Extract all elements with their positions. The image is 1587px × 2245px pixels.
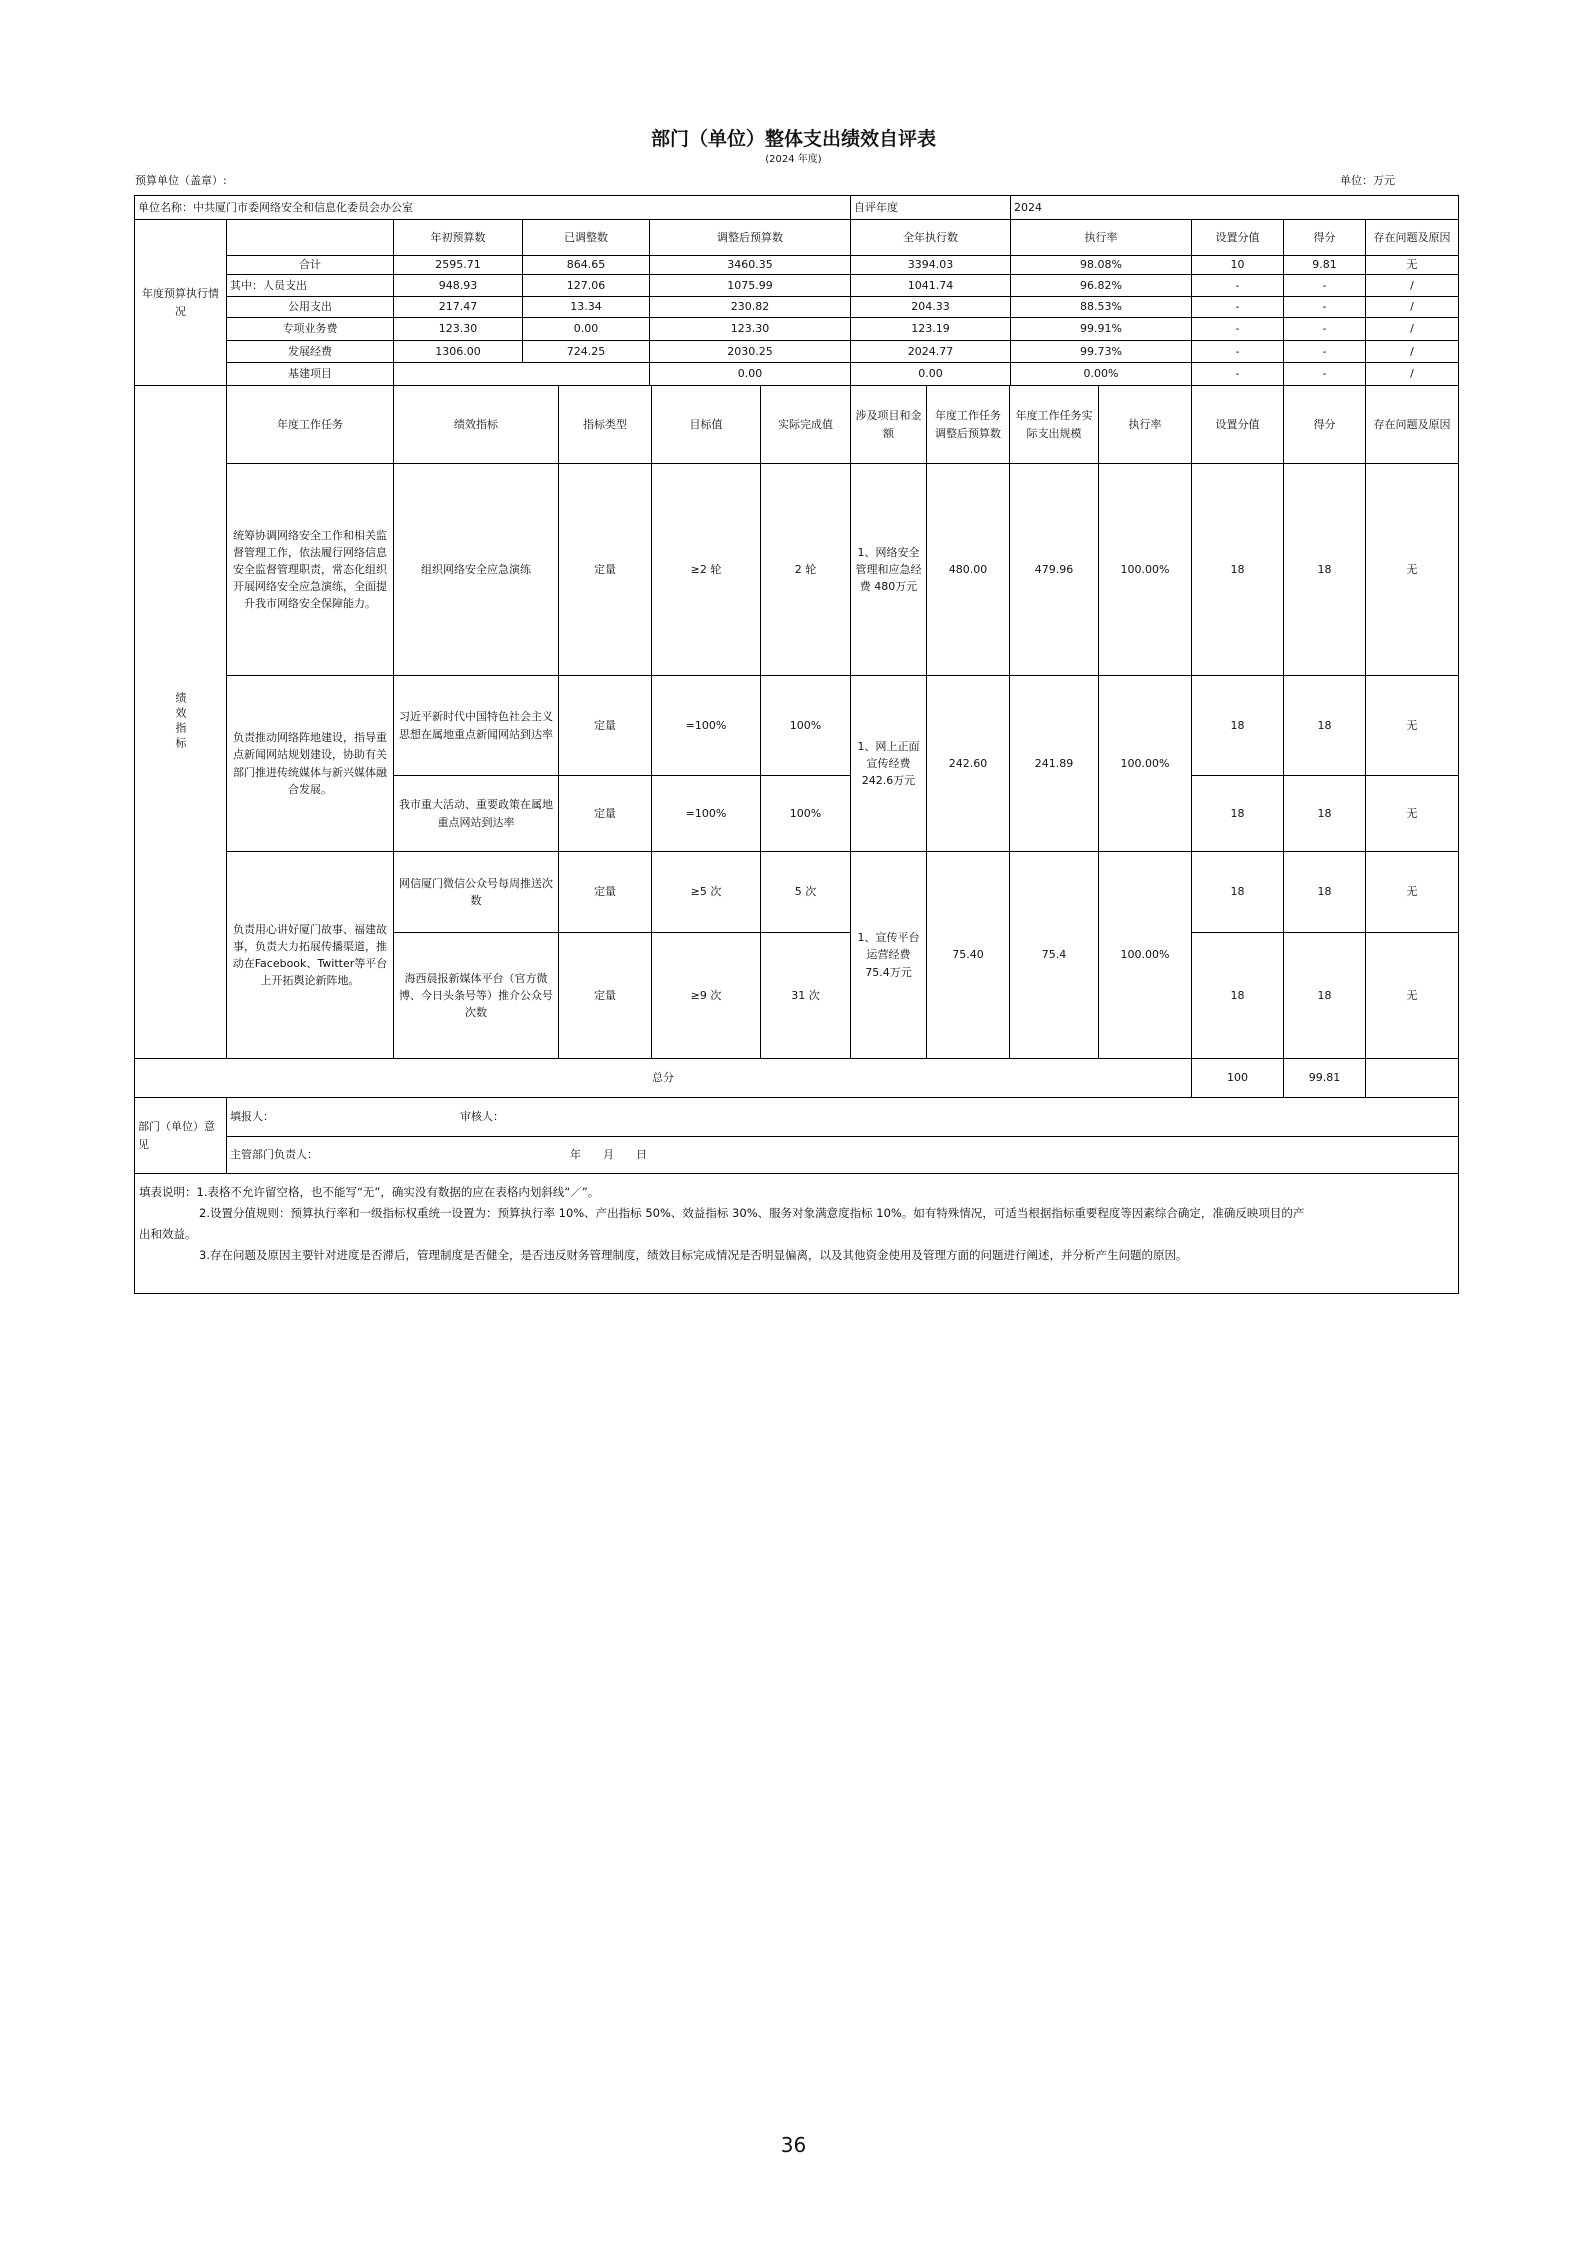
budget-cell: 948.93	[393, 274, 523, 297]
performance-header-8: 执行率	[1098, 385, 1192, 464]
task-rate: 100.00%	[1098, 463, 1192, 676]
budget-cell: 13.34	[522, 296, 650, 318]
budget-cell: 1041.74	[850, 274, 1011, 297]
indicator-actual: 31 次	[760, 932, 851, 1059]
budget-cell: 204.33	[850, 296, 1011, 318]
budget-cell: -	[1283, 274, 1366, 297]
indicator-issue: 无	[1365, 463, 1459, 676]
performance-header-1: 绩效指标	[393, 385, 559, 464]
budget-cell: 123.30	[649, 317, 851, 341]
task-description: 统筹协调网络安全工作和相关监督管理工作，依法履行网络信息安全监督管理职责，常态化…	[226, 463, 394, 676]
indicator-type: 定量	[558, 932, 652, 1059]
indicator-issue: 无	[1365, 932, 1459, 1059]
budget-unit-label: 预算单位（盖章）:	[135, 172, 227, 188]
head-label: 主管部门负责人：	[230, 1146, 570, 1163]
task-budget: 480.00	[926, 463, 1010, 676]
budget-cell: 96.82%	[1010, 274, 1192, 297]
indicator-name: 组织网络安全应急演练	[393, 463, 559, 676]
indicator-actual: 5 次	[760, 851, 851, 933]
performance-header-3: 目标值	[651, 385, 761, 464]
budget-cell: 0.00	[850, 362, 1011, 386]
performance-header-11: 存在问题及原因	[1365, 385, 1459, 464]
budget-cell	[393, 362, 650, 386]
indicator-score-set: 18	[1191, 775, 1284, 852]
budget-cell: 98.08%	[1010, 255, 1192, 275]
indicator-type: 定量	[558, 851, 652, 933]
budget-header-7: 存在问题及原因	[1365, 219, 1459, 256]
indicator-score: 18	[1283, 932, 1366, 1059]
opinion-head: 主管部门负责人：年 月 日	[226, 1136, 1459, 1174]
indicator-actual: 2 轮	[760, 463, 851, 676]
date-label: 年 月 日	[570, 1146, 647, 1163]
budget-row-label: 公用支出	[226, 296, 394, 318]
indicator-target: ≥5 次	[651, 851, 761, 933]
budget-cell: /	[1365, 362, 1459, 386]
budget-cell: 724.25	[522, 340, 650, 363]
page-subtitle: (2024 年度)	[0, 150, 1587, 165]
budget-row-label: 专项业务费	[226, 317, 394, 341]
performance-header-6: 年度工作任务调整后预算数	[926, 385, 1010, 464]
indicator-score-set: 18	[1191, 675, 1284, 776]
budget-cell: -	[1283, 362, 1366, 386]
indicator-score: 18	[1283, 463, 1366, 676]
indicator-issue: 无	[1365, 775, 1459, 852]
performance-header-7: 年度工作任务实际支出规模	[1009, 385, 1099, 464]
budget-row-label: 基建项目	[226, 362, 394, 386]
unit-label: 单位：万元	[1340, 172, 1395, 188]
task-spent: 479.96	[1009, 463, 1099, 676]
budget-row-label: 发展经费	[226, 340, 394, 363]
indicator-score: 18	[1283, 851, 1366, 933]
note-2: 2.设置分值规则：预算执行率和一级指标权重统一设置为：预算执行率 10%、产出指…	[139, 1203, 1454, 1224]
performance-header-5: 涉及项目和金额	[850, 385, 927, 464]
budget-cell: /	[1365, 274, 1459, 297]
budget-header-0: 年初预算数	[393, 219, 523, 256]
indicator-type: 定量	[558, 463, 652, 676]
indicator-type: 定量	[558, 775, 652, 852]
task-rate: 100.00%	[1098, 851, 1192, 1059]
budget-cell: /	[1365, 296, 1459, 318]
indicator-target: ≥9 次	[651, 932, 761, 1059]
task-budget: 242.60	[926, 675, 1010, 852]
budget-cell: 3394.03	[850, 255, 1011, 275]
task-budget: 75.40	[926, 851, 1010, 1059]
budget-section-label: 年度预算执行情况	[134, 219, 227, 386]
budget-cell: 无	[1365, 255, 1459, 275]
budget-header-5: 设置分值	[1191, 219, 1284, 256]
indicator-name: 习近平新时代中国特色社会主义思想在属地重点新闻网站到达率	[393, 675, 559, 776]
budget-header-2: 调整后预算数	[649, 219, 851, 256]
indicator-score: 18	[1283, 675, 1366, 776]
unit-name: 单位名称：中共厦门市委网络安全和信息化委员会办公室	[134, 195, 851, 220]
budget-cell: 864.65	[522, 255, 650, 275]
page-title: 部门（单位）整体支出绩效自评表	[0, 124, 1587, 151]
budget-cell: -	[1283, 317, 1366, 341]
performance-header-4: 实际完成值	[760, 385, 851, 464]
indicator-target: =100%	[651, 675, 761, 776]
task-description: 负责用心讲好厦门故事、福建故事，负责大力拓展传播渠道，推动在Facebook、T…	[226, 851, 394, 1059]
budget-cell: -	[1283, 296, 1366, 318]
budget-cell: 99.73%	[1010, 340, 1192, 363]
page-number: 36	[0, 2133, 1587, 2157]
budget-cell: 99.91%	[1010, 317, 1192, 341]
indicator-score-set: 18	[1191, 463, 1284, 676]
indicator-name: 我市重大活动、重要政策在属地重点网站到达率	[393, 775, 559, 852]
budget-row-label: 合计	[226, 255, 394, 275]
task-project: 1、网络安全管理和应急经费 480万元	[850, 463, 927, 676]
budget-cell: 9.81	[1283, 255, 1366, 275]
total-label: 总分	[134, 1058, 1192, 1098]
opinion-label: 部门（单位）意见	[134, 1097, 227, 1174]
indicator-target: =100%	[651, 775, 761, 852]
notes: 填表说明：1.表格不允许留空格，也不能写“无”，确实没有数据的应在表格内划斜线“…	[134, 1173, 1459, 1294]
indicator-issue: 无	[1365, 851, 1459, 933]
year-value: 2024	[1010, 195, 1459, 220]
task-project: 1、宣传平台运营经费 75.4万元	[850, 851, 927, 1059]
note-3: 3.存在问题及原因主要针对进度是否滞后，管理制度是否健全，是否违反财务管理制度，…	[139, 1245, 1454, 1266]
budget-header-4: 执行率	[1010, 219, 1192, 256]
indicator-score-set: 18	[1191, 932, 1284, 1059]
note-2-cont: 出和效益。	[139, 1224, 1454, 1245]
total-score-set: 100	[1191, 1058, 1284, 1098]
budget-header-6: 得分	[1283, 219, 1366, 256]
budget-cell: 230.82	[649, 296, 851, 318]
indicator-score: 18	[1283, 775, 1366, 852]
budget-cell: 0.00	[522, 317, 650, 341]
budget-cell: -	[1191, 340, 1284, 363]
budget-cell: /	[1365, 317, 1459, 341]
task-description: 负责推动网络阵地建设，指导重点新闻网站规划建设，协助有关部门推进传统媒体与新兴媒…	[226, 675, 394, 852]
indicator-actual: 100%	[760, 675, 851, 776]
budget-cell: 2024.77	[850, 340, 1011, 363]
budget-cell: 0.00	[649, 362, 851, 386]
budget-row-label: 其中：人员支出	[226, 274, 394, 297]
performance-section-label: 绩效指标	[134, 385, 227, 1059]
budget-cell: 127.06	[522, 274, 650, 297]
performance-header-0: 年度工作任务	[226, 385, 394, 464]
task-rate: 100.00%	[1098, 675, 1192, 852]
filler-label: 填报人：	[230, 1108, 460, 1125]
budget-header-blank	[226, 219, 394, 256]
budget-cell: 123.19	[850, 317, 1011, 341]
task-project: 1、网上正面宣传经费 242.6万元	[850, 675, 927, 852]
budget-cell: 2030.25	[649, 340, 851, 363]
note-1: 填表说明：1.表格不允许留空格，也不能写“无”，确实没有数据的应在表格内划斜线“…	[139, 1182, 1454, 1203]
budget-cell: 1306.00	[393, 340, 523, 363]
budget-cell: 88.53%	[1010, 296, 1192, 318]
budget-cell: -	[1191, 274, 1284, 297]
budget-cell: -	[1283, 340, 1366, 363]
budget-cell: 1075.99	[649, 274, 851, 297]
budget-cell: -	[1191, 362, 1284, 386]
budget-cell: 0.00%	[1010, 362, 1192, 386]
indicator-score-set: 18	[1191, 851, 1284, 933]
performance-header-10: 得分	[1283, 385, 1366, 464]
reviewer-label: 审核人：	[460, 1108, 504, 1125]
indicator-actual: 100%	[760, 775, 851, 852]
total-blank	[1365, 1058, 1459, 1098]
budget-cell: 2595.71	[393, 255, 523, 275]
budget-cell: 217.47	[393, 296, 523, 318]
total-score: 99.81	[1283, 1058, 1366, 1098]
task-spent: 75.4	[1009, 851, 1099, 1059]
budget-cell: /	[1365, 340, 1459, 363]
indicator-name: 网信厦门微信公众号每周推送次数	[393, 851, 559, 933]
indicator-name: 海西晨报新媒体平台（官方微博、今日头条号等）推介公众号次数	[393, 932, 559, 1059]
performance-header-2: 指标类型	[558, 385, 652, 464]
budget-cell: 10	[1191, 255, 1284, 275]
budget-header-1: 已调整数	[522, 219, 650, 256]
budget-cell: -	[1191, 317, 1284, 341]
performance-header-9: 设置分值	[1191, 385, 1284, 464]
year-label: 自评年度	[850, 195, 1011, 220]
budget-header-3: 全年执行数	[850, 219, 1011, 256]
budget-cell: -	[1191, 296, 1284, 318]
indicator-target: ≥2 轮	[651, 463, 761, 676]
budget-cell: 123.30	[393, 317, 523, 341]
indicator-issue: 无	[1365, 675, 1459, 776]
task-spent: 241.89	[1009, 675, 1099, 852]
budget-cell: 3460.35	[649, 255, 851, 275]
indicator-type: 定量	[558, 675, 652, 776]
opinion-signers: 填报人：审核人：	[226, 1097, 1459, 1137]
